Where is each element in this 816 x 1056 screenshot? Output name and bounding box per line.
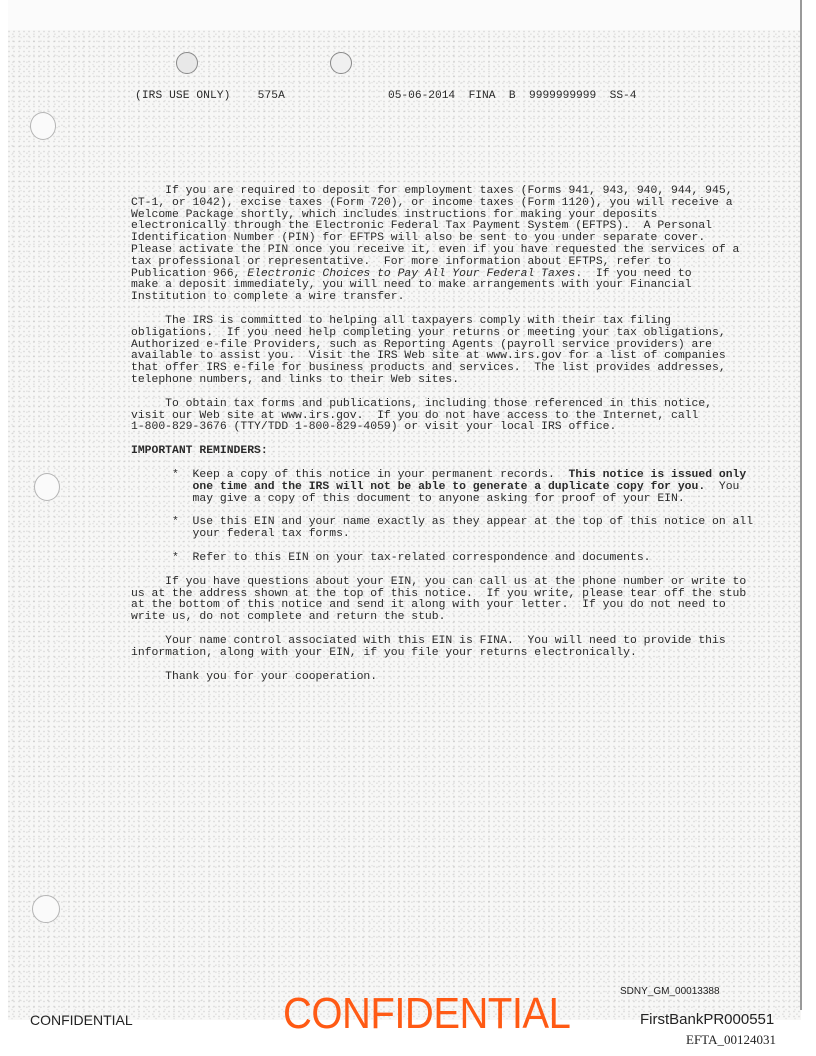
text-line: The IRS is committed to helping all taxp… (131, 316, 811, 328)
paragraph-efile: The IRS is committed to helping all taxp… (131, 316, 811, 387)
code-letter: B (509, 90, 516, 102)
efta-id: EFTA_00124031 (686, 1032, 776, 1048)
notice-header-left: (IRS USE ONLY) 575A (135, 90, 285, 102)
text-line: your federal tax forms. (131, 529, 811, 541)
reminder-refer-ein: * Refer to this EIN on your tax-related … (131, 553, 811, 565)
notice-body: If you are required to deposit for emplo… (131, 186, 811, 683)
punch-hole-icon (30, 112, 56, 140)
irs-use-only: (IRS USE ONLY) (135, 90, 230, 102)
text-line: To obtain tax forms and publications, in… (131, 399, 811, 411)
text-line: If you have questions about your EIN, yo… (131, 577, 811, 589)
paragraph-questions: If you have questions about your EIN, yo… (131, 577, 811, 624)
ein-number: 9999999999 (529, 90, 596, 102)
paragraph-forms: To obtain tax forms and publications, in… (131, 399, 811, 434)
punch-hole-icon (32, 895, 60, 923)
confidential-stamp: CONFIDENTIAL (283, 990, 570, 1038)
reminders-heading: IMPORTANT REMINDERS: (131, 446, 811, 458)
text-fragment: * Keep a copy of this notice in your per… (131, 469, 568, 481)
paragraph-name-control: Your name control associated with this E… (131, 636, 811, 660)
name-control: FINA (469, 90, 496, 102)
text-fragment: . If you need to (575, 268, 691, 280)
form-code: 575A (258, 90, 285, 102)
text-line: write us, do not complete and return the… (131, 612, 811, 624)
reminder-keep-copy: * Keep a copy of this notice in your per… (131, 470, 811, 505)
firstbank-bates-number: FirstBankPR000551 (640, 1011, 774, 1028)
reminder-use-ein: * Use this EIN and your name exactly as … (131, 517, 811, 541)
form-reference: SS-4 (610, 90, 637, 102)
notice-header-right: 05-06-2014 FINA B 9999999999 SS-4 (388, 90, 636, 102)
text-line: Institution to complete a wire transfer. (131, 292, 811, 304)
sdny-bates-number: SDNY_GM_00013388 (620, 986, 720, 997)
bold-warning: This notice is issued only (568, 469, 746, 481)
closing-line: Thank you for your cooperation. (131, 672, 811, 684)
text-line: information, along with your EIN, if you… (131, 648, 811, 660)
publication-ref: Publication 966, (131, 268, 247, 280)
text-fragment: You (705, 481, 739, 493)
paragraph-eftps: If you are required to deposit for emplo… (131, 186, 811, 304)
text-line: 1-800-829-3676 (TTY/TDD 1-800-829-4059) … (131, 422, 811, 434)
confidential-label: CONFIDENTIAL (30, 1012, 133, 1028)
punch-hole-icon (176, 52, 198, 74)
bold-warning: one time and the IRS will not be able to… (131, 481, 705, 493)
text-line: CT-1, or 1042), excise taxes (Form 720),… (131, 198, 811, 210)
text-line: Please activate the PIN once you receive… (131, 245, 811, 257)
punch-hole-icon (330, 52, 352, 74)
publication-title: Electronic Choices to Pay All Your Feder… (247, 268, 575, 280)
scan-top-margin (8, 0, 801, 30)
text-line: Your name control associated with this E… (131, 636, 811, 648)
text-line: telephone numbers, and links to their We… (131, 375, 811, 387)
text-line: obligations. If you need help completing… (131, 328, 811, 340)
text-line: may give a copy of this document to anyo… (131, 494, 811, 506)
text-line: one time and the IRS will not be able to… (131, 482, 811, 494)
punch-hole-icon (34, 473, 60, 501)
document-page: (IRS USE ONLY) 575A 05-06-2014 FINA B 99… (0, 0, 816, 1056)
notice-date: 05-06-2014 (388, 90, 455, 102)
